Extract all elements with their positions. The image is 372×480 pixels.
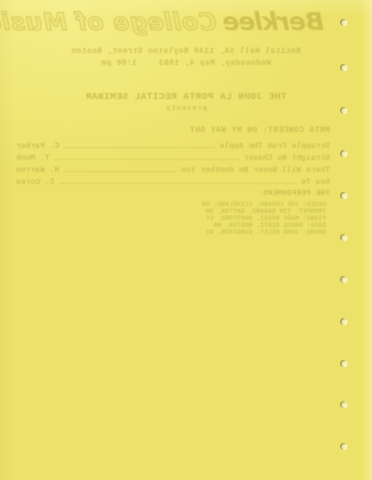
performer-line: BASS: BRUCE GERTZ, BOSTON, MA	[214, 222, 326, 229]
punch-hole	[340, 107, 347, 114]
program-row: Straight No Chaser T. Monk	[16, 152, 330, 162]
performer-line: SAXES: JOE LOVANO, CLEVELAND, OH	[202, 201, 326, 208]
program-row: Sea To C. Corea	[16, 176, 330, 186]
performers-heading: THE PERFORMERS:	[258, 190, 330, 198]
punch-hole	[340, 234, 347, 241]
composer-name: C. Parker	[16, 142, 59, 151]
logo-brand-text: Berklee	[224, 7, 324, 36]
punch-hole	[340, 360, 347, 367]
song-title: Sea To	[301, 178, 330, 187]
punch-hole	[340, 64, 347, 71]
logo-rest-text: College of Music	[0, 8, 217, 36]
time-text: 1:00 pm	[101, 59, 137, 68]
performer-line: TRUMPET: TIM HAGANS, DAYTON, OH	[206, 208, 326, 215]
composer-name: H. Warren	[16, 166, 59, 175]
program-heading: MRTA CONCERT: ON MY WAY OUT	[190, 126, 330, 135]
dot-leader	[55, 152, 239, 160]
punch-hole	[340, 401, 347, 408]
punch-hole	[340, 318, 347, 325]
punch-hole	[340, 276, 347, 283]
venue-line: Recital Hall 1A, 1140 Boylston Street, B…	[30, 47, 342, 56]
dot-leader	[64, 140, 214, 148]
date-line: Wednesday, May 4, 19831:00 pm	[30, 59, 342, 68]
punch-hole	[340, 192, 347, 199]
song-title: Straight No Chaser	[244, 154, 330, 163]
punch-hole	[340, 150, 347, 157]
date-text: Wednesday, May 4, 1983	[159, 59, 271, 68]
song-title: Scrapple From The Apple	[220, 142, 330, 151]
dot-leader	[59, 176, 296, 184]
program-row: There Will Never Be Another You H. Warre…	[16, 164, 330, 174]
punch-hole	[340, 443, 347, 450]
series-title-line: THE JOHN LA PORTA RECITAL SEMINAR	[30, 91, 342, 102]
song-title: There Will Never Be Another You	[181, 166, 330, 175]
bleed-through-layer: Berklee College of Music Recital Hall 1A…	[0, 0, 372, 480]
dot-leader	[64, 164, 176, 172]
composer-name: C. Corea	[16, 178, 54, 187]
scanned-program-page-back: Berklee College of Music Recital Hall 1A…	[0, 0, 372, 480]
performer-line: DRUMS: JOHN RILEY, KINGSTON, NY	[206, 229, 326, 236]
berklee-logo: Berklee College of Music	[42, 7, 324, 39]
presents-label: presents	[30, 105, 342, 113]
punch-hole	[340, 19, 347, 26]
composer-name: T. Monk	[16, 154, 50, 163]
program-row: Scrapple From The Apple C. Parker	[16, 140, 330, 150]
performer-line: PIANO: MARC ROSSI, HARTFORD, CT	[206, 215, 326, 222]
